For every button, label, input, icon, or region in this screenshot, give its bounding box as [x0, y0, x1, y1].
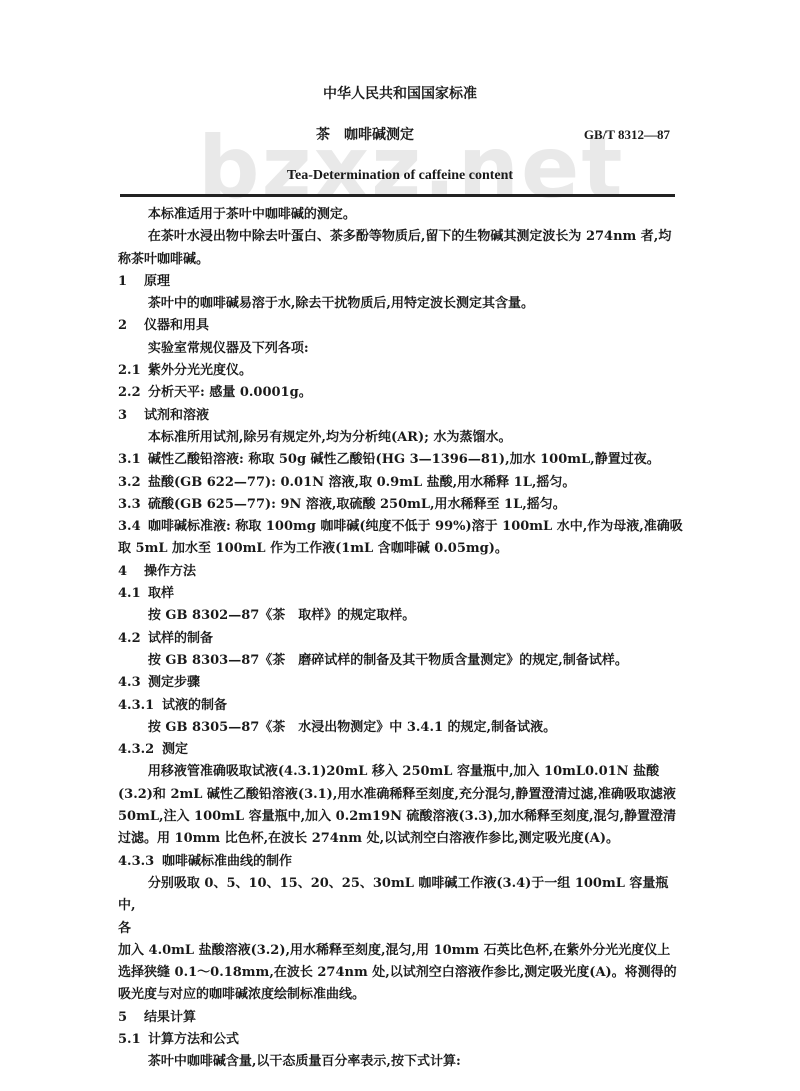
section-heading: 1原理: [118, 271, 683, 293]
clause-number: 3.1: [118, 449, 148, 471]
section-number: 2: [118, 315, 144, 337]
subsubsection-text: 加入 4.0mL 盐酸溶液(3.2),用水稀释至刻度,混匀,用 10mm 石英比…: [118, 940, 683, 1007]
clause-number: 2.1: [118, 360, 148, 382]
section-heading: 5结果计算: [118, 1007, 683, 1029]
standard-code: GB/T 8312—87: [584, 126, 670, 144]
section-title: 操作方法: [144, 564, 196, 579]
intro-paragraph: 本标准适用于茶叶中咖啡碱的测定。: [118, 204, 683, 226]
subsection-heading: 4.2试样的制备: [118, 628, 683, 650]
subsubsection-text: 各: [118, 918, 683, 940]
section-heading: 4操作方法: [118, 561, 683, 583]
subsection-text: 茶叶中咖啡碱含量,以干态质量百分率表示,按下式计算:: [118, 1051, 683, 1073]
section-title: 结果计算: [144, 1010, 196, 1025]
clause-text: 紫外分光光度仪。: [148, 363, 252, 378]
intro-paragraph: 在茶叶水浸出物中除去叶蛋白、茶多酚等物质后,留下的生物碱其测定波长为 274nm…: [118, 226, 683, 271]
section-title: 仪器和用具: [144, 318, 209, 333]
subsection-text: 按 GB 8302—87《茶 取样》的规定取样。: [118, 605, 683, 627]
clause: 3.4咖啡碱标准液: 称取 100mg 咖啡碱(纯度不低于 99%)溶于 100…: [118, 516, 683, 561]
subsubsection-number: 4.3.1: [118, 695, 162, 717]
subsection-heading: 5.1计算方法和公式: [118, 1029, 683, 1051]
document-page: bzxz.net 中华人民共和国国家标准 茶 咖啡碱测定 GB/T 8312—8…: [0, 0, 800, 1091]
subsubsection-text: 分别吸取 0、5、10、15、20、25、30mL 咖啡碱工作液(3.4)于一组…: [118, 873, 683, 918]
subsubsection-text: 用移液管准确吸取试液(4.3.1)20mL 移入 250mL 容量瓶中,加入 1…: [118, 761, 683, 850]
clause: 2.2分析天平: 感量 0.0001g。: [118, 382, 683, 404]
subsection-title: 取样: [148, 586, 174, 601]
document-title-cn: 茶 咖啡碱测定: [316, 126, 414, 144]
section-title: 试剂和溶液: [144, 408, 209, 423]
clause-text: 碱性乙酸铅溶液: 称取 50g 碱性乙酸铅(HG 3—1396—81),加水 1…: [148, 452, 660, 467]
clause-text: 硫酸(GB 625—77): 9N 溶液,取硫酸 250mL,用水稀释至 1L,…: [148, 497, 566, 512]
subsubsection-text: 按 GB 8305—87《茶 水浸出物测定》中 3.4.1 的规定,制备试液。: [118, 717, 683, 739]
section-heading: 2仪器和用具: [118, 315, 683, 337]
clause-number: 2.2: [118, 382, 148, 404]
subsubsection-number: 4.3.2: [118, 739, 162, 761]
subsubsection-heading: 4.3.3咖啡碱标准曲线的制作: [118, 851, 683, 873]
section-text: 茶叶中的咖啡碱易溶于水,除去干扰物质后,用特定波长测定其含量。: [118, 293, 683, 315]
subsection-number: 4.1: [118, 583, 148, 605]
clause-number: 3.4: [118, 516, 148, 538]
subsection-number: 4.2: [118, 628, 148, 650]
clause: 3.3硫酸(GB 625—77): 9N 溶液,取硫酸 250mL,用水稀释至 …: [118, 494, 683, 516]
subsection-text: 按 GB 8303—87《茶 磨碎试样的制备及其干物质含量测定》的规定,制备试样…: [118, 650, 683, 672]
section-number: 4: [118, 561, 144, 583]
subsection-number: 5.1: [118, 1029, 148, 1051]
subsection-heading: 4.1取样: [118, 583, 683, 605]
subsection-heading: 4.3测定步骤: [118, 672, 683, 694]
subsubsection-heading: 4.3.2测定: [118, 739, 683, 761]
clause-number: 3.2: [118, 472, 148, 494]
section-text: 本标准所用试剂,除另有规定外,均为分析纯(AR); 水为蒸馏水。: [118, 427, 683, 449]
clause-text: 分析天平: 感量 0.0001g。: [148, 385, 312, 400]
section-heading: 3试剂和溶液: [118, 405, 683, 427]
title-line: 茶 咖啡碱测定 GB/T 8312—87: [0, 126, 800, 146]
subsubsection-number: 4.3.3: [118, 851, 162, 873]
section-title: 原理: [144, 274, 170, 289]
subsection-title: 试样的制备: [148, 631, 213, 646]
clause-text: 盐酸(GB 622—77): 0.01N 溶液,取 0.9mL 盐酸,用水稀释 …: [148, 475, 575, 490]
subsection-title: 测定步骤: [148, 675, 200, 690]
section-text: 实验室常规仪器及下列各项:: [118, 338, 683, 360]
section-number: 3: [118, 405, 144, 427]
clause: 3.2盐酸(GB 622—77): 0.01N 溶液,取 0.9mL 盐酸,用水…: [118, 472, 683, 494]
section-number: 5: [118, 1007, 144, 1029]
subsection-title: 计算方法和公式: [148, 1032, 239, 1047]
subsubsection-title: 试液的制备: [162, 698, 227, 713]
subsubsection-heading: 4.3.1试液的制备: [118, 695, 683, 717]
clause-text: 咖啡碱标准液: 称取 100mg 咖啡碱(纯度不低于 99%)溶于 100mL …: [118, 519, 683, 556]
document-body: 本标准适用于茶叶中咖啡碱的测定。 在茶叶水浸出物中除去叶蛋白、茶多酚等物质后,留…: [118, 204, 683, 1074]
document-title-en: Tea-Determination of caffeine content: [0, 167, 800, 185]
clause: 2.1紫外分光光度仪。: [118, 360, 683, 382]
header-rule: [120, 194, 675, 197]
subsubsection-title: 咖啡碱标准曲线的制作: [162, 854, 292, 869]
subsection-number: 4.3: [118, 672, 148, 694]
clause: 3.1碱性乙酸铅溶液: 称取 50g 碱性乙酸铅(HG 3—1396—81),加…: [118, 449, 683, 471]
standard-type-heading: 中华人民共和国国家标准: [0, 85, 800, 103]
section-number: 1: [118, 271, 144, 293]
subsubsection-title: 测定: [162, 742, 188, 757]
clause-number: 3.3: [118, 494, 148, 516]
